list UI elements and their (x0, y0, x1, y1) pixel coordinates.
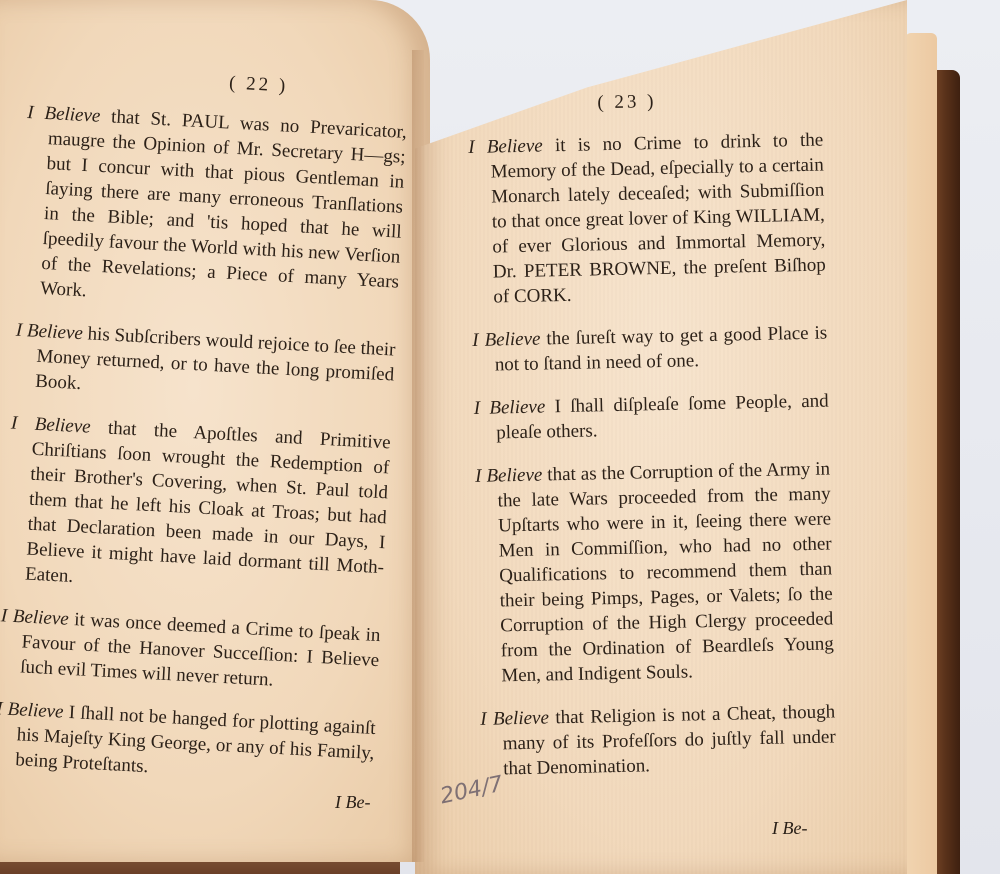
paragraph-text: that as the Corruption of the Army in th… (497, 458, 834, 686)
paragraph-text: it was once deemed a Crime to ſpeak in F… (20, 609, 381, 691)
paragraph: I Believe it is no Crime to drink to the… (468, 128, 827, 310)
paragraph-text: his Subſcribers would rejoice to ſee the… (35, 323, 396, 394)
paragraph-lead: I Believe (0, 698, 64, 723)
book-photo: ( 22 ) I Believe that St. PAUL was no Pr… (0, 0, 1000, 874)
paragraph-lead: I Believe (475, 465, 543, 487)
paragraph-text: that Religion is not a Cheat, though man… (503, 701, 836, 779)
catchword: I Be- (335, 792, 370, 813)
catchword: I Be- (772, 818, 807, 839)
page-number: ( 23 ) (597, 89, 657, 115)
paragraph: I Believe that St. PAUL was no Prevarica… (18, 100, 408, 320)
paragraph-text: the ſureſt way to get a good Place is no… (495, 323, 828, 376)
page-stack (905, 33, 937, 874)
book-gutter (412, 50, 424, 862)
paragraph-lead: I Believe (472, 329, 541, 351)
paragraph: I Believe his Subſcribers would rejoice … (13, 318, 396, 413)
paragraph-text: that St. PAUL was no Prevaricator, maugr… (40, 106, 408, 301)
page-number: ( 22 ) (229, 71, 289, 99)
paragraph: I Believe it was once deemed a Crime to … (0, 603, 381, 698)
paragraph-lead: I Believe (480, 707, 549, 729)
paragraph: I Believe I ſhall not be hanged for plot… (0, 696, 376, 791)
paragraph-lead: I Believe (0, 605, 69, 630)
paragraph: I Believe that the Apoſtles and Primitiv… (3, 411, 392, 606)
paragraph: I Believe that as the Corruption of the … (475, 456, 835, 688)
paragraph-text: I ſhall diſpleaſe ſome People, and pleaſ… (496, 391, 829, 444)
paragraph-lead: I Believe (11, 413, 92, 438)
paragraph-lead: I Believe (27, 102, 101, 127)
paragraph-lead: I Believe (474, 396, 546, 418)
paragraph-text: that the Apoſtles and Primitive Chriſtia… (25, 417, 391, 587)
paragraph-lead: I Believe (468, 135, 543, 158)
left-page-text: ( 22 ) I Believe that St. PAUL was no Pr… (0, 100, 407, 809)
paragraph: I Believe the ſureſt way to get a good P… (472, 321, 828, 378)
paragraph: I Believe I ſhall diſpleaſe ſome People,… (473, 389, 829, 446)
paragraph: I Believe that Religion is not a Cheat, … (480, 699, 836, 781)
right-page-text: ( 23 ) I Believe it is no Crime to drink… (468, 128, 837, 800)
paragraph-text: I ſhall not be hanged for plotting again… (15, 702, 376, 777)
paragraph-lead: I Believe (15, 320, 83, 344)
